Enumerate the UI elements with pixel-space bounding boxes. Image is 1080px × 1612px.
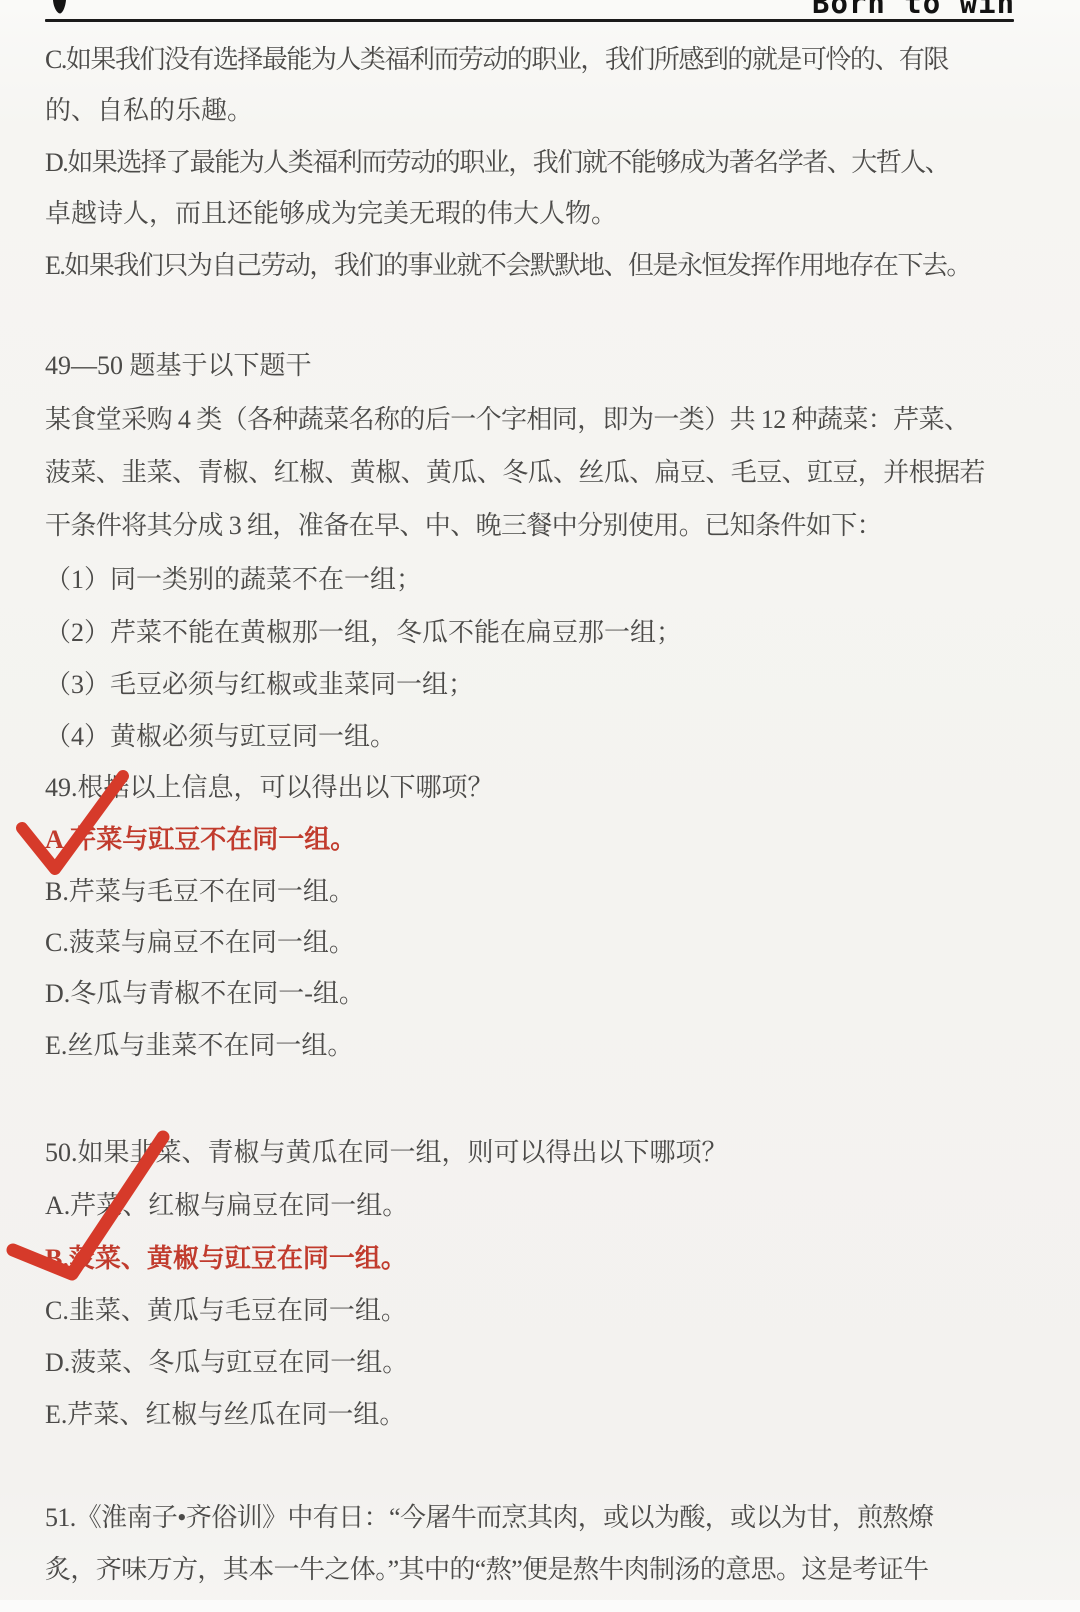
stem-line-2: 菠菜、韭菜、青椒、红椒、黄椒、黄瓜、冬瓜、丝瓜、扁豆、毛豆、豇豆，并根据若 — [45, 457, 985, 489]
q50-option-b: B.菠菜、黄椒与豇豆在同一组。 — [45, 1243, 407, 1275]
q48-option-c-line-1: C.如果我们没有选择最能为人类福利而劳动的职业，我们所感到的就是可怜的、有限 — [45, 44, 948, 76]
q49-option-c: C.菠菜与扁豆不在同一组。 — [45, 927, 355, 959]
q50-option-a: A.芹菜、红椒与扁豆在同一组。 — [45, 1190, 408, 1222]
q48-option-d-line-1: D.如果选择了最能为人类福利而劳动的职业，我们就不能够成为著名学者、大哲人、 — [45, 147, 949, 179]
stem-condition-3: （3）毛豆必须与红椒或韭菜同一组； — [45, 669, 474, 701]
stem-header: 49—50 题基于以下题干 — [45, 350, 312, 382]
stem-line-1: 某食堂采购 4 类（各种蔬菜名称的后一个字相同，即为一类）共 12 种蔬菜：芹菜… — [45, 404, 969, 436]
q49-question: 49.根据以上信息，可以得出以下哪项？ — [45, 772, 494, 804]
q50-option-e: E.芹菜、红椒与丝瓜在同一组。 — [45, 1399, 405, 1431]
q49-option-e: E.丝瓜与韭菜不在同一组。 — [45, 1030, 353, 1062]
brand-wordmark: Born to win — [812, 0, 1015, 20]
document-page: Born to win C.如果我们没有选择最能为人类福利而劳动的职业，我们所感… — [0, 0, 1080, 1612]
q49-option-d: D.冬瓜与青椒不在同一-组。 — [45, 978, 365, 1010]
q50-question: 50.如果韭菜、青椒与黄瓜在同一组，则可以得出以下哪项？ — [45, 1137, 728, 1169]
q49-option-b: B.芹菜与毛豆不在同一组。 — [45, 876, 355, 908]
header-rule — [45, 19, 1014, 22]
stem-line-3: 干条件将其分成 3 组，准备在早、中、晚三餐中分别使用。已知条件如下： — [45, 510, 882, 542]
q50-option-d: D.菠菜、冬瓜与豇豆在同一组。 — [45, 1347, 408, 1379]
q50-option-c: C.韭菜、黄瓜与毛豆在同一组。 — [45, 1295, 407, 1327]
q48-option-c-line-2: 的、自私的乐趣。 — [45, 95, 253, 127]
q49-option-a: A.芹菜与豇豆不在同一组。 — [45, 824, 356, 856]
stem-condition-4: （4）黄椒必须与豇豆同一组。 — [45, 721, 396, 753]
stem-condition-2: （2）芹菜不能在黄椒那一组，冬瓜不能在扁豆那一组； — [45, 617, 682, 649]
q48-option-e: E.如果我们只为自己劳动，我们的事业就不会默默地、但是永恒发挥作用地存在下去。 — [45, 250, 971, 282]
stem-condition-1: （1）同一类别的蔬菜不在一组； — [45, 564, 422, 596]
q51-line-1: 51.《淮南子•齐俗训》中有日：“今屠牛而烹其肉，或以为酸，或以为甘，煎熬燎 — [45, 1502, 933, 1534]
logo-mark-icon — [50, 0, 70, 15]
page-bottom-strip — [0, 1600, 1080, 1612]
q48-option-d-line-2: 卓越诗人，而且还能够成为完美无瑕的伟大人物。 — [45, 198, 617, 230]
q51-line-2: 炙，齐味万方，其本一牛之体。”其中的“熬”便是熬牛肉制汤的意思。这是考证牛 — [45, 1554, 928, 1586]
